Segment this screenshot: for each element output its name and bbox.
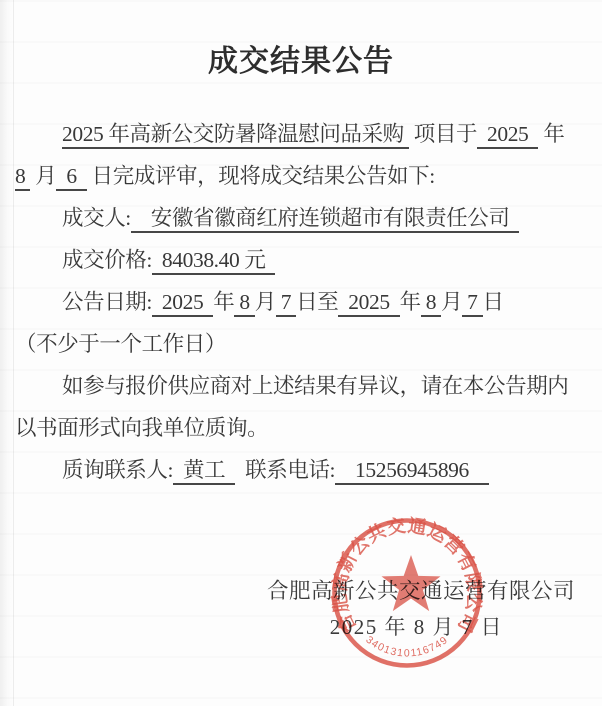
contact-phone-value: 15256945896 (335, 458, 489, 485)
contact-person-label: 质询联系人: (62, 458, 173, 482)
text-run: 月 (30, 164, 56, 188)
review-month-blank: 8 (15, 164, 30, 191)
intro-line-1: 2025 年高新公交防暑降温慰问品采购 项目于 2025 年 (15, 113, 549, 155)
note-line: （不少于一个工作日） (15, 323, 549, 365)
objection-line-1: 如参与报价供应商对上述结果有异议，请在本公告期内 (15, 365, 549, 407)
end-year-blank: 2025 (338, 290, 399, 317)
announcement-document: 成交结果公告 2025 年高新公交防暑降温慰问品采购 项目于 2025 年 8 … (0, 0, 602, 706)
seal-star-icon (382, 555, 441, 611)
text-run: 年 (400, 290, 421, 314)
start-day-blank: 7 (276, 290, 296, 317)
text-run: 日至 (296, 290, 338, 314)
winner-line: 成交人: 安徽省徽商红府连锁超市有限责任公司 (15, 197, 549, 239)
winner-label: 成交人: (62, 206, 131, 230)
note-text: （不少于一个工作日） (15, 332, 226, 356)
contact-phone-label: 联系电话: (235, 458, 335, 482)
objection-text-1: 如参与报价供应商对上述结果有异议，请在本公告期内 (62, 374, 568, 398)
seal-code-arc: 3401310116749 (363, 634, 450, 660)
contact-person-value: 黄工 (173, 458, 235, 485)
text-run: 年 (213, 290, 234, 314)
official-seal: 合肥高新公共交通运营有限公司 3401310116749 (322, 508, 492, 678)
contact-line: 质询联系人: 黄工 联系电话: 15256945896 (15, 449, 549, 491)
objection-text-2: 以书面形式向我单位质询。 (15, 416, 268, 440)
announcement-date-line: 公告日期: 2025 年 8 月 7 日至 2025 年 8 月 7 日 (15, 281, 549, 323)
end-month-blank: 8 (421, 290, 441, 317)
text-run: 日 (483, 290, 504, 314)
date-label: 公告日期: (62, 290, 152, 314)
intro-line-2: 8 月 6 日完成评审，现将成交结果公告如下: (15, 155, 549, 197)
project-name-blank: 2025 年高新公交防暑降温慰问品采购 (62, 122, 409, 149)
text-run: 月 (441, 290, 462, 314)
winner-value: 安徽省徽商红府连锁超市有限责任公司 (131, 206, 520, 233)
review-day-blank: 6 (56, 164, 86, 191)
page-title: 成交结果公告 (0, 36, 602, 80)
price-label: 成交价格: (62, 248, 152, 272)
review-year-blank: 2025 (477, 122, 538, 149)
text-run: 月 (255, 290, 276, 314)
end-day-blank: 7 (462, 290, 482, 317)
price-value: 84038.40 元 (152, 248, 275, 275)
text-run: 日完成评审，现将成交结果公告如下: (87, 164, 435, 188)
objection-line-2: 以书面形式向我单位质询。 (15, 407, 549, 449)
price-line: 成交价格: 84038.40 元 (15, 239, 549, 281)
document-body: 2025 年高新公交防暑降温慰问品采购 项目于 2025 年 8 月 6 日完成… (15, 113, 549, 491)
text-run: 年 (538, 122, 564, 146)
start-month-blank: 8 (234, 290, 254, 317)
seal-code-arc-text: 3401310116749 (363, 634, 450, 660)
start-year-blank: 2025 (152, 290, 213, 317)
text-run: 项目于 (409, 122, 477, 146)
scan-edge-artifact (0, 0, 14, 706)
